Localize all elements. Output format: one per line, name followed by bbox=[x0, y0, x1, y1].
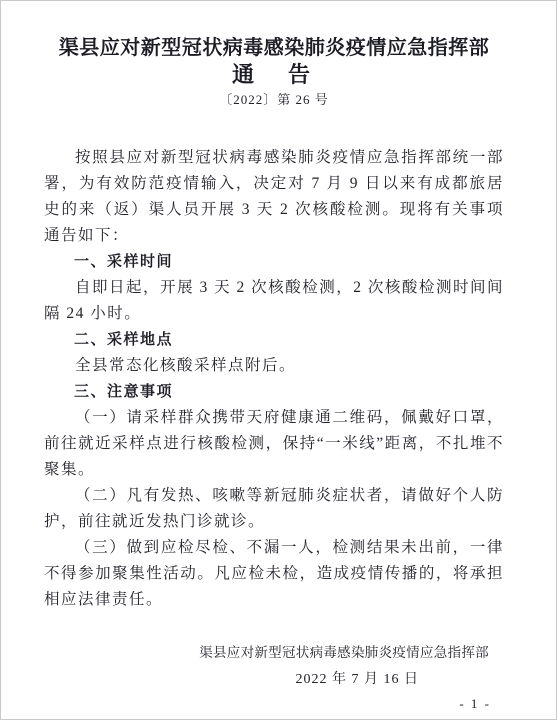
section-3-paragraph-2: （二）凡有发热、咳嗽等新冠肺炎症状者，请做好个人防护，前往就近发热门诊就诊。 bbox=[44, 483, 504, 535]
document-subtitle: 通 告 bbox=[44, 61, 504, 88]
section-1-heading: 一、采样时间 bbox=[44, 249, 504, 275]
section-3-paragraph-1: （一）请采样群众携带天府健康通二维码，佩戴好口罩，前往就近采样点进行核酸检测，保… bbox=[44, 405, 504, 483]
document-page: 渠县应对新型冠状病毒感染肺炎疫情应急指挥部 通 告 〔2022〕第 26 号 按… bbox=[0, 0, 557, 720]
document-closing: 渠县应对新型冠状病毒感染肺炎疫情应急指挥部 2022 年 7 月 16 日 - … bbox=[44, 640, 504, 714]
section-2-heading: 二、采样地点 bbox=[44, 327, 504, 353]
document-header: 渠县应对新型冠状病毒感染肺炎疫情应急指挥部 通 告 〔2022〕第 26 号 bbox=[44, 35, 504, 108]
section-3-paragraph-3: （三）做到应检尽检、不漏一人，检测结果未出前，一律不得参加聚集性活动。凡应检未检… bbox=[44, 535, 504, 613]
doc-number: 〔2022〕第 26 号 bbox=[44, 92, 504, 108]
document-title: 渠县应对新型冠状病毒感染肺炎疫情应急指挥部 bbox=[44, 35, 504, 62]
issue-date: 2022 年 7 月 16 日 bbox=[44, 666, 504, 693]
document-body: 按照县应对新型冠状病毒感染肺炎疫情应急指挥部统一部署，为有效防范疫情输入，决定对… bbox=[44, 145, 504, 613]
section-3-heading: 三、注意事项 bbox=[44, 379, 504, 405]
section-1-paragraph-1: 自即日起，开展 3 天 2 次核酸检测，2 次核酸检测时间间隔 24 小时。 bbox=[44, 275, 504, 327]
issuer-signature: 渠县应对新型冠状病毒感染肺炎疫情应急指挥部 bbox=[44, 640, 504, 666]
intro-paragraph: 按照县应对新型冠状病毒感染肺炎疫情应急指挥部统一部署，为有效防范疫情输入，决定对… bbox=[44, 145, 504, 249]
section-2-paragraph-1: 全县常态化核酸采样点附后。 bbox=[44, 353, 504, 379]
document-content: 渠县应对新型冠状病毒感染肺炎疫情应急指挥部 通 告 〔2022〕第 26 号 按… bbox=[1, 1, 556, 714]
page-number: - 1 - bbox=[44, 693, 504, 714]
